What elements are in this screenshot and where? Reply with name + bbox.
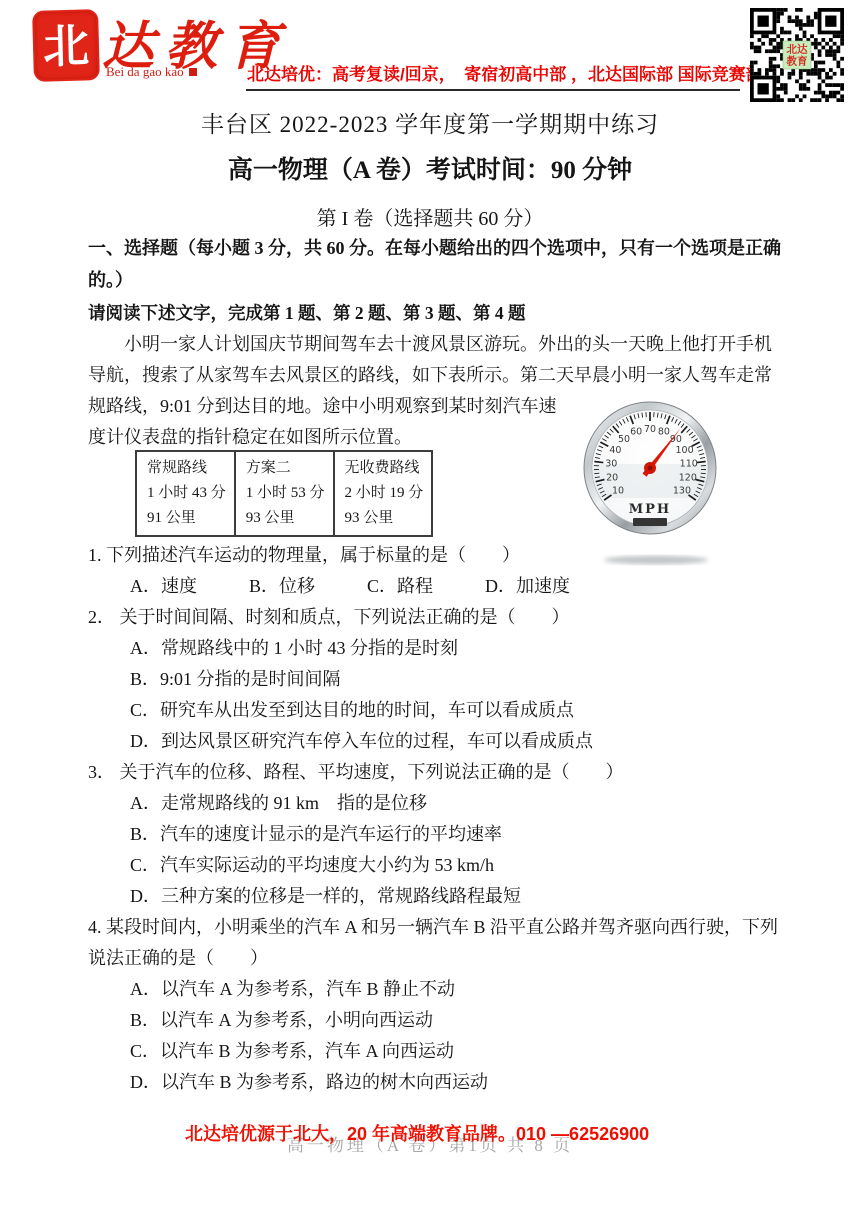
question-options-inline: A．速度B．位移C．路程D．加速度 (88, 571, 786, 602)
section-heading: 一、选择题（每小题 3 分，共 60 分。在每小题给出的四个选项中，只有一个选项… (88, 232, 782, 296)
route-time: 1 小时 43 分 (147, 481, 226, 506)
qr-badge-line1: 北达 (787, 43, 808, 56)
question-text: 下列描述汽车运动的物理量，属于标量的是（ ） (106, 545, 520, 565)
option-item: A．常规路线中的 1 小时 43 分指的是时刻 (88, 633, 786, 664)
brand-tagline: 北达培优：高考复读/回京， 寄宿初高中部 ，北达国际部 国际竞赛部 (247, 60, 747, 85)
svg-text:100: 100 (676, 445, 694, 456)
part-heading: 第 I 卷（选择题共 60 分） (0, 202, 860, 231)
svg-text:80: 80 (658, 427, 670, 438)
reading-note: 请阅读下述文字，完成第 1 题、第 2 题、第 3 题、第 4 题 (88, 298, 782, 328)
question-stem: 3． 关于汽车的位移、路程、平均速度，下列说法正确的是（ ） (88, 757, 786, 788)
question-stem: 4. 某段时间内，小明乘坐的汽车 A 和另一辆汽车 B 沿平直公路并驾齐驱向西行… (88, 912, 786, 974)
question-number: 2． (88, 607, 120, 627)
qr-code: 北达教育 (750, 8, 844, 102)
footer-promo: 北达培优源于北大，20 年高端教育品牌。010 —62526900 (185, 1120, 649, 1146)
option-item: D．到达风景区研究汽车停入车位的过程，车可以看成质点 (88, 726, 786, 757)
route-table-row: 常规路线1 小时 43 分91 公里方案二1 小时 53 分93 公里无收费路线… (136, 451, 432, 536)
option-item: B．汽车的速度计显示的是汽车运行的平均速率 (88, 819, 786, 850)
svg-text:110: 110 (680, 459, 698, 470)
option-item: A．速度 (130, 571, 197, 602)
seal-character: 北 (42, 22, 89, 69)
svg-text:120: 120 (679, 473, 697, 484)
svg-text:70: 70 (644, 424, 656, 435)
question-number: 1. (88, 545, 106, 565)
route-table: 常规路线1 小时 43 分91 公里方案二1 小时 53 分93 公里无收费路线… (135, 450, 433, 537)
option-item: D．加速度 (485, 571, 570, 602)
svg-text:30: 30 (605, 459, 617, 470)
question-stem: 2． 关于时间间隔、时刻和质点，下列说法正确的是（ ） (88, 602, 786, 633)
option-item: C．研究车从出发至到达目的地的时间，车可以看成质点 (88, 695, 786, 726)
route-name: 方案二 (246, 456, 325, 481)
option-item: B．9:01 分指的是时间间隔 (88, 664, 786, 695)
route-distance: 93 公里 (246, 506, 325, 531)
question-item: 4. 某段时间内，小明乘坐的汽车 A 和另一辆汽车 B 沿平直公路并驾齐驱向西行… (88, 912, 786, 1098)
brand-seal-logo: 北 (34, 11, 98, 80)
option-item: C．路程 (367, 571, 433, 602)
svg-text:MPH: MPH (629, 502, 671, 517)
route-table-cell: 常规路线1 小时 43 分91 公里 (136, 451, 235, 536)
option-item: A．走常规路线的 91 km 指的是位移 (88, 788, 786, 819)
route-name: 无收费路线 (345, 456, 424, 481)
questions-list: 1. 下列描述汽车运动的物理量，属于标量的是（ ）A．速度B．位移C．路程D．加… (88, 540, 786, 1098)
route-distance: 93 公里 (345, 506, 424, 531)
speedometer-image: 102030405060708090100110120130MPH (566, 386, 736, 566)
svg-text:50: 50 (618, 434, 630, 445)
option-item: C．汽车实际运动的平均速度大小约为 53 km/h (88, 850, 786, 881)
svg-text:40: 40 (609, 445, 621, 456)
passage-line: 小明一家人计划国庆节期间驾车去十渡风景区游玩。外出的头一天晚上他打开手机 (88, 329, 788, 360)
option-item: B．以汽车 A 为参考系，小明向西运动 (88, 1005, 786, 1036)
option-item: D．三种方案的位移是一样的，常规路线路程最短 (88, 881, 786, 912)
question-text: 某段时间内，小明乘坐的汽车 A 和另一辆汽车 B 沿平直公路并驾齐驱向西行驶，下… (88, 917, 778, 968)
question-number: 4. (88, 917, 106, 937)
exam-title: 丰台区 2022-2023 学年度第一学期期中练习 (0, 106, 860, 139)
route-table-cell: 方案二1 小时 53 分93 公里 (235, 451, 334, 536)
option-item: D．以汽车 B 为参考系，路边的树木向西运动 (88, 1067, 786, 1098)
qr-badge-line2: 教育 (786, 55, 808, 68)
question-item: 1. 下列描述汽车运动的物理量，属于标量的是（ ）A．速度B．位移C．路程D．加… (88, 540, 786, 602)
question-item: 3． 关于汽车的位移、路程、平均速度，下列说法正确的是（ ）A．走常规路线的 9… (88, 757, 786, 912)
question-number: 3． (88, 762, 120, 782)
option-item: B．位移 (249, 571, 315, 602)
route-distance: 91 公里 (147, 506, 226, 531)
question-stem: 1. 下列描述汽车运动的物理量，属于标量的是（ ） (88, 540, 786, 571)
exam-subtitle: 高一物理（A 卷）考试时间：90 分钟 (0, 150, 860, 186)
svg-text:20: 20 (606, 473, 618, 484)
option-item: C．以汽车 B 为参考系，汽车 A 向西运动 (88, 1036, 786, 1067)
route-table-cell: 无收费路线2 小时 19 分93 公里 (334, 451, 433, 536)
header-divider (246, 89, 740, 91)
svg-text:60: 60 (630, 427, 642, 438)
route-time: 1 小时 53 分 (246, 481, 325, 506)
exam-page: 北 达教育 Bei da gao kao 北达培优：高考复读/回京， 寄宿初高中… (0, 0, 860, 1214)
red-square-icon (189, 68, 197, 76)
speedometer-svg: 102030405060708090100110120130MPH (566, 386, 736, 566)
qr-code-svg: 北达教育 (750, 8, 844, 102)
question-text: 关于时间间隔、时刻和质点，下列说法正确的是（ ） (120, 607, 570, 627)
svg-text:130: 130 (673, 486, 691, 497)
route-name: 常规路线 (147, 456, 226, 481)
brand-subtitle: Bei da gao kao (106, 64, 197, 80)
question-text: 关于汽车的位移、路程、平均速度，下列说法正确的是（ ） (120, 762, 624, 782)
option-item: A．以汽车 A 为参考系，汽车 B 静止不动 (88, 974, 786, 1005)
question-item: 2． 关于时间间隔、时刻和质点，下列说法正确的是（ ）A．常规路线中的 1 小时… (88, 602, 786, 757)
svg-text:10: 10 (612, 486, 624, 497)
route-time: 2 小时 19 分 (345, 481, 424, 506)
